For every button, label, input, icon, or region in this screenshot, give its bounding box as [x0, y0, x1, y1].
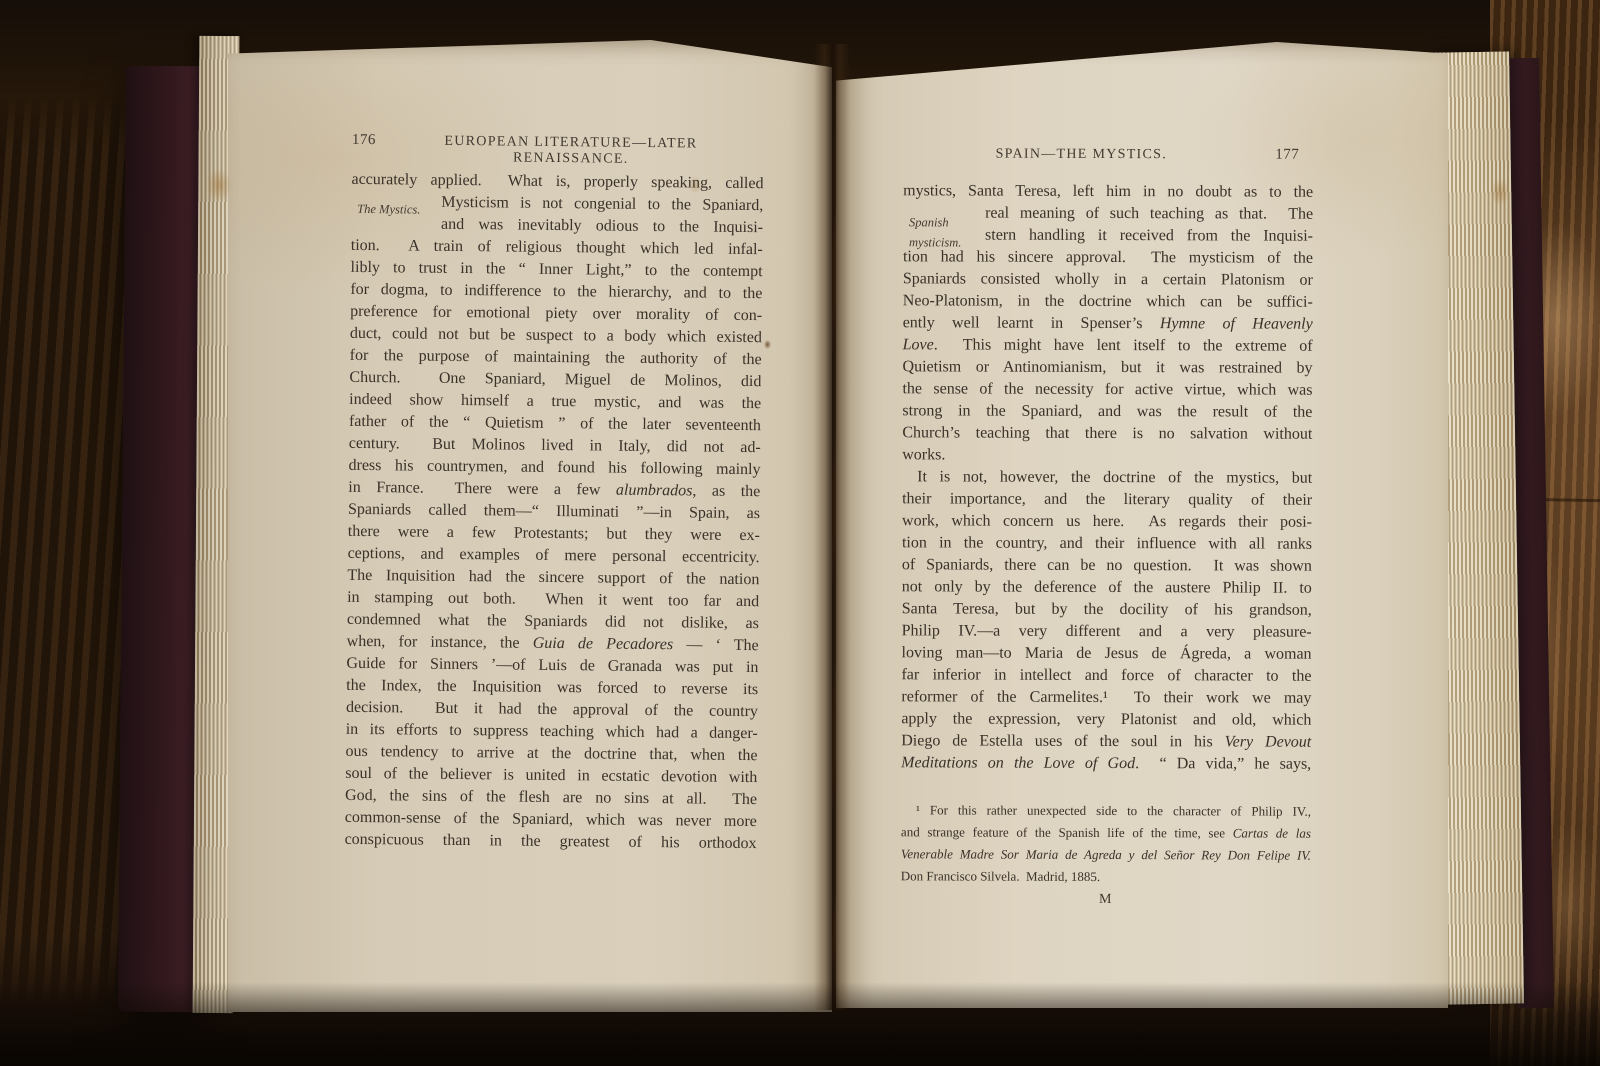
text-line: works. [902, 444, 1312, 467]
footnote-lines: ¹ For this rather unexpected side to the… [901, 799, 1311, 888]
text-line: Diego de Estella uses of the soul in his… [901, 730, 1311, 753]
photo-of-open-book: { "book": { "left_page": { "page_number"… [0, 0, 1600, 1066]
right-running-header: SPAIN—THE MYSTICS. 177 [903, 145, 1313, 163]
right-header-title: SPAIN—THE MYSTICS. [903, 146, 1259, 163]
left-opening-line: accurately applied. What is, properly sp… [351, 169, 763, 195]
right-page-text: SPAIN—THE MYSTICS. 177 mystics, Santa Te… [901, 135, 1314, 926]
text-line: strong in the Spaniard, and was the resu… [902, 400, 1312, 423]
left-running-header: 176 EUROPEAN LITERATURE—LATER RENAISSANC… [352, 132, 764, 169]
text-line: apply the expression, very Platonist and… [901, 708, 1311, 731]
signature-mark: M [901, 891, 1311, 908]
text-line: Venerable Madre Sor Maria de Agreda y de… [901, 843, 1311, 866]
text-line: ¹ For this rather unexpected side to the… [901, 799, 1311, 822]
text-line: work, which concern us here. As regards … [902, 510, 1312, 533]
text-line: tion had his sincere approval. The mysti… [903, 246, 1313, 269]
text-line: the sense of the necessity for active vi… [902, 378, 1312, 401]
text-line: It is not, however, the doctrine of the … [902, 466, 1312, 489]
left-page-number: 176 [352, 132, 396, 149]
right-page-number: 177 [1259, 147, 1313, 164]
right-paragraph2-lines: It is not, however, the doctrine of the … [901, 466, 1312, 775]
text-line: Love. This might have lent itself to the… [903, 334, 1313, 357]
text-line: Santa Teresa, but by the docility of his… [902, 598, 1312, 621]
text-line: conspicuous than in the greatest of his … [344, 829, 756, 855]
right-paragraph1-lines: tion had his sincere approval. The mysti… [902, 246, 1313, 467]
left-body-lines: tion. A train of religious thought which… [344, 235, 762, 855]
text-line: reformer of the Carmelites.¹ To their wo… [901, 686, 1311, 709]
text-line: Neo-Platonism, in the doctrine which can… [903, 290, 1313, 313]
text-line: tion in the country, and their influence… [902, 532, 1312, 555]
text-line: loving man—to Maria de Jesus de Ágreda, … [902, 642, 1312, 665]
text-line: Quietism or Antinomianism, but it was re… [903, 356, 1313, 379]
text-line: Church’s teaching that there is no salva… [902, 422, 1312, 445]
text-line: and strange feature of the Spanish life … [901, 821, 1311, 844]
right-indented-lines: real meaning of such teaching as that. T… [985, 203, 1313, 248]
text-line: not only by the deference of the austere… [902, 576, 1312, 599]
left-page-text: 176 EUROPEAN LITERATURE—LATER RENAISSANC… [344, 124, 764, 868]
right-opening-line: mystics, Santa Teresa, left him in no do… [903, 180, 1313, 203]
text-line: stern handling it received from the Inqu… [985, 225, 1313, 248]
text-line: Spaniards consisted wholly in a certain … [903, 268, 1313, 291]
text-line: Philip IV.—a very different and a very p… [902, 620, 1312, 643]
left-header-title: EUROPEAN LITERATURE—LATER RENAISSANCE. [396, 133, 746, 169]
left-indented-lines: Mysticism is not congenial to the Spania… [441, 192, 763, 239]
book-gutter-shadow [814, 44, 850, 1010]
text-line: ently well learnt in Spenser’s Hymne of … [903, 312, 1313, 335]
text-line: Don Francisco Silvela. Madrid, 1885. [901, 865, 1311, 888]
text-line: of Spaniards, there can be no question. … [902, 554, 1312, 577]
text-line: real meaning of such teaching as that. T… [985, 203, 1313, 226]
text-line: Meditations on the Love of God. “ Da vid… [901, 752, 1311, 775]
text-line: far inferior in intellect and force of c… [901, 664, 1311, 687]
text-line: their importance, and the literary quali… [902, 488, 1312, 511]
